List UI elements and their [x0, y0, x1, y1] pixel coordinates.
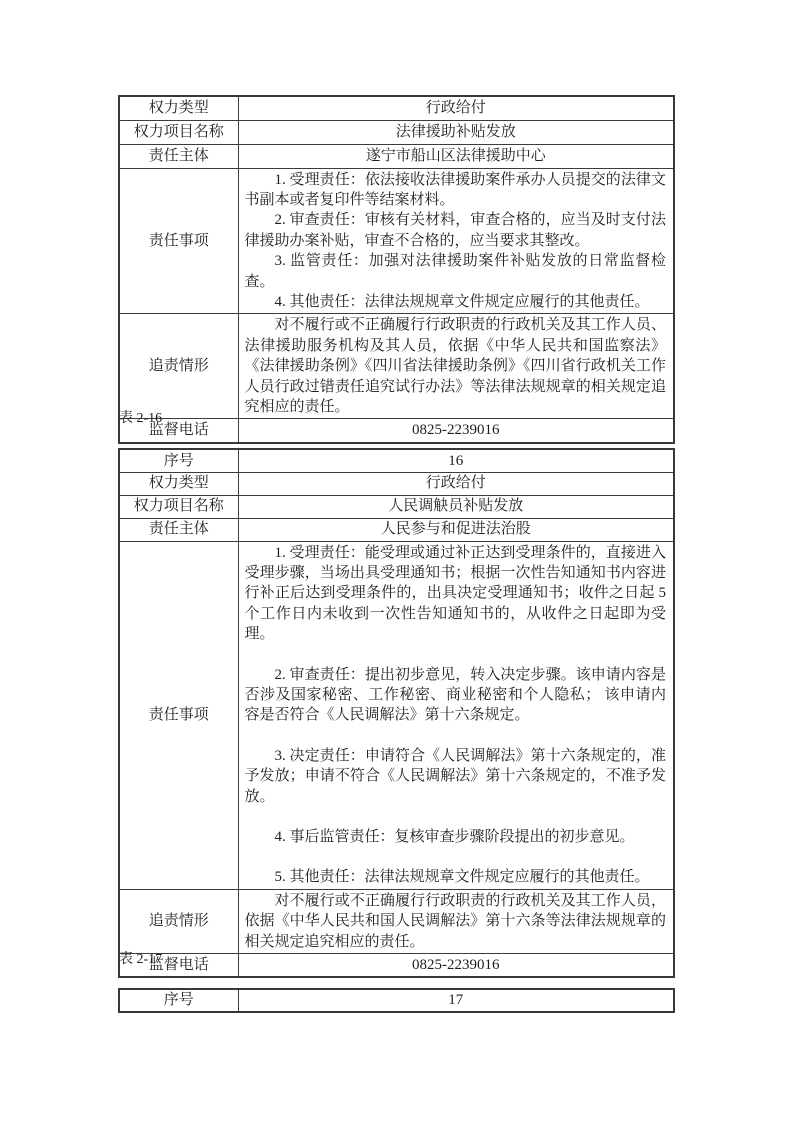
row-value-responsible-body: 人民参与和促进法治股 — [238, 518, 674, 541]
table-row: 权力类型 行政给付 — [119, 96, 674, 120]
row-value-accountability: 对不履行或不正确履行行政职责的行政机关及其工作人员，依据《中华人民共和国人民调解… — [238, 889, 674, 953]
table-row: 责任事项 1. 受理责任：依法接收法律援助案件承办人员提交的法律文书副本或者复印… — [119, 168, 674, 314]
table-row: 责任主体 人民参与和促进法治股 — [119, 518, 674, 541]
table-row: 权力项目名称 人民调觖员补贴发放 — [119, 495, 674, 518]
row-value-serial-number: 16 — [238, 449, 674, 472]
duty-paragraph: 2. 审查责任：提出初步意见，转入决定步骤。该申请内容是否涉及国家秘密、工作秘密… — [245, 665, 667, 726]
table-row: 追责情形 对不履行或不正确履行行政职责的行政机关及其工作人员、法律援助服务机构及… — [119, 314, 674, 419]
duty-paragraph: 2. 审查责任：审核有关材料，审查合格的，应当及时支付法律援助办案补贴，审查不合… — [245, 210, 667, 251]
row-value-power-type: 行政给付 — [238, 96, 674, 120]
table-row: 责任主体 遂宁市船山区法律援助中心 — [119, 144, 674, 168]
duty-paragraph: 4. 事后监管责任：复核审查步骤阶段提出的初步意见。 — [245, 827, 667, 847]
table-row: 监督电话 0825-2239016 — [119, 954, 674, 977]
power-table-17: 序号 17 — [118, 988, 675, 1013]
power-table-16: 序号 16 权力类型 行政给付 权力项目名称 人民调觖员补贴发放 责任主体 人民… — [118, 448, 675, 978]
row-value-duty-items: 1. 受理责任：能受理或通过补正达到受理条件的，直接进入受理步骤，当场出具受理通… — [238, 541, 674, 889]
table-caption-16: 表 2-16 — [119, 410, 162, 427]
duty-paragraph: 1. 受理责任：依法接收法律援助案件承办人员提交的法律文书副本或者复印件等结案材… — [245, 170, 667, 211]
table-row: 追责情形 对不履行或不正确履行行政职责的行政机关及其工作人员，依据《中华人民共和… — [119, 889, 674, 953]
row-value-responsible-body: 遂宁市船山区法律援助中心 — [238, 144, 674, 168]
table-row: 权力类型 行政给付 — [119, 472, 674, 495]
row-label-duty-items: 责任事项 — [119, 541, 238, 889]
row-label-responsible-body: 责任主体 — [119, 144, 238, 168]
row-value-accountability: 对不履行或不正确履行行政职责的行政机关及其工作人员、法律援助服务机构及其人员，依… — [238, 314, 674, 419]
row-value-supervision-phone: 0825-2239016 — [238, 419, 674, 443]
table-row: 序号 16 — [119, 449, 674, 472]
row-label-duty-items: 责任事项 — [119, 168, 238, 314]
row-value-power-item-name: 法律援助补贴发放 — [238, 120, 674, 144]
duty-paragraph: 4. 其他责任：法律法规规章文件规定应履行的其他责任。 — [245, 292, 667, 312]
table-row: 责任事项 1. 受理责任：能受理或通过补正达到受理条件的，直接进入受理步骤，当场… — [119, 541, 674, 889]
row-label-power-item-name: 权力项目名称 — [119, 495, 238, 518]
row-value-serial-number: 17 — [238, 989, 674, 1012]
row-label-serial-number: 序号 — [119, 989, 238, 1012]
row-value-supervision-phone: 0825-2239016 — [238, 954, 674, 977]
row-label-power-type: 权力类型 — [119, 472, 238, 495]
duty-paragraph: 5. 其他责任：法律法规规章文件规定应履行的其他责任。 — [245, 867, 667, 887]
row-label-accountability: 追责情形 — [119, 889, 238, 953]
power-table-15: 权力类型 行政给付 权力项目名称 法律援助补贴发放 责任主体 遂宁市船山区法律援… — [118, 95, 675, 444]
row-label-power-item-name: 权力项目名称 — [119, 120, 238, 144]
row-label-power-type: 权力类型 — [119, 96, 238, 120]
table-row: 监督电话 0825-2239016 — [119, 419, 674, 443]
row-label-accountability: 追责情形 — [119, 314, 238, 419]
duty-paragraph: 1. 受理责任：能受理或通过补正达到受理条件的，直接进入受理步骤，当场出具受理通… — [245, 543, 667, 645]
accountability-paragraph: 对不履行或不正确履行行政职责的行政机关及其工作人员，依据《中华人民共和国人民调解… — [245, 891, 667, 952]
table-row: 序号 17 — [119, 989, 674, 1012]
row-value-power-item-name: 人民调觖员补贴发放 — [238, 495, 674, 518]
duty-paragraph: 3. 监管责任：加强对法律援助案件补贴发放的日常监督检查。 — [245, 251, 667, 292]
row-value-duty-items: 1. 受理责任：依法接收法律援助案件承办人员提交的法律文书副本或者复印件等结案材… — [238, 168, 674, 314]
row-value-power-type: 行政给付 — [238, 472, 674, 495]
accountability-paragraph: 对不履行或不正确履行行政职责的行政机关及其工作人员、法律援助服务机构及其人员，依… — [245, 315, 667, 417]
table-caption-17: 表 2-17 — [119, 951, 162, 968]
duty-paragraph: 3. 决定责任：申请符合《人民调解法》第十六条规定的，准予发放；申请不符合《人民… — [245, 746, 667, 807]
row-label-serial-number: 序号 — [119, 449, 238, 472]
table-row: 权力项目名称 法律援助补贴发放 — [119, 120, 674, 144]
row-label-responsible-body: 责任主体 — [119, 518, 238, 541]
